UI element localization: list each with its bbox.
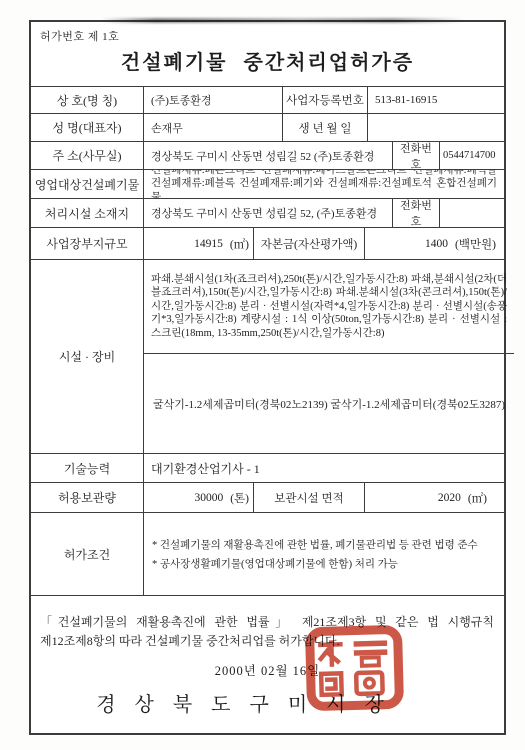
- conditions-label: 허가조건: [31, 513, 144, 595]
- waste-value-cell: 건설폐재류:폐콘크리트 건설폐재류:폐아스팔트콘크리트 건설폐재류:폐벽돌 건설…: [144, 170, 504, 198]
- storage-unit: (톤): [230, 490, 249, 506]
- issuing-authority: 경 상 북 도 구 미 시 장: [31, 688, 504, 717]
- storage-area-cell: 2020 (㎡): [365, 483, 504, 512]
- equipment-machines: 파쇄.분쇄시설(1차(죠크러셔),250t(톤)/시간,일가동시간:8) 파쇄,…: [144, 271, 514, 343]
- scanned-document-page: 허가번호 제 1호 건설폐기물 중간처리업허가증 상 호(명 칭) (주)토종환…: [0, 0, 525, 750]
- storage-area-value: 2020: [438, 492, 461, 504]
- company-label: 상 호(명 칭): [31, 87, 144, 113]
- storage-label: 허용보관량: [31, 483, 144, 512]
- facility-phone-label: 전화번호: [393, 199, 440, 227]
- conditions-lines: * 건설폐기물의 재활용촉진에 관한 법률, 폐기물관리법 등 관련 법령 준수…: [144, 537, 486, 571]
- row-equipment: 시설 · 장비 파쇄.분쇄시설(1차(죠크러셔),250t(톤)/시간,일가동시…: [31, 260, 504, 454]
- office-phone-label: 전화번호: [393, 142, 440, 169]
- condition-line-2: * 공사장생활폐기물(영업대상폐기물에 한함) 처리 가능: [152, 556, 478, 571]
- capital-value-cell: 1400 (백만원): [365, 228, 504, 259]
- storage-area-unit: (㎡): [468, 490, 487, 506]
- facility-site-value: 경상북도 구미시 산동면 성림길 52, (주)토종환경: [144, 199, 393, 227]
- storage-area-label: 보관시설 면적: [254, 483, 365, 512]
- storage-value-cell: 30000 (톤): [144, 483, 254, 512]
- document-title: 건설폐기물 중간처리업허가증: [31, 46, 504, 75]
- bizno-value: 513-81-16915: [368, 87, 504, 113]
- row-office-address: 주 소(사무실) 경상북도 구미시 산동면 성림길 52 (주)토종환경 전화번…: [31, 142, 504, 170]
- site-scale-unit: (㎡): [230, 236, 249, 252]
- office-label: 주 소(사무실): [31, 142, 144, 169]
- tech-value: 대기환경산업기사 - 1: [144, 454, 504, 482]
- waste-label: 영업대상건설폐기물: [31, 170, 144, 198]
- condition-line-1: * 건설폐기물의 재활용촉진에 관한 법률, 폐기물관리법 등 관련 법령 준수: [152, 537, 478, 552]
- ceo-label: 성 명(대표자): [31, 114, 144, 141]
- issue-date: 2000년 02월 16일: [31, 661, 504, 679]
- legal-statement: 「건설폐기물의 재활용촉진에 관한 법률」 제21조제3항 및 같은 법 시행규…: [40, 613, 494, 650]
- row-facility-address: 처리시설 소재지 경상북도 구미시 산동면 성림길 52, (주)토종환경 전화…: [31, 199, 504, 228]
- birth-label: 생 년 월 일: [283, 114, 368, 141]
- capital-value: 1400: [425, 238, 448, 250]
- capital-label: 자본금(자산평가액): [254, 228, 365, 259]
- row-ceo: 성 명(대표자) 손재무 생 년 월 일: [31, 114, 504, 142]
- company-value: (주)토종환경: [144, 87, 283, 113]
- site-scale-value-cell: 14915 (㎡): [144, 228, 254, 259]
- site-scale-value: 14915: [194, 238, 223, 250]
- ceo-value: 손재무: [144, 114, 283, 141]
- capital-unit: (백만원): [455, 236, 496, 252]
- storage-value: 30000: [194, 492, 223, 504]
- bizno-label: 사업자등록번호: [283, 87, 368, 113]
- tech-label: 기술능력: [31, 454, 144, 482]
- office-phone-value: 0544714700: [440, 142, 504, 169]
- site-scale-label: 사업장부지규모: [31, 228, 144, 259]
- document-header: 허가번호 제 1호 건설폐기물 중간처리업허가증: [31, 22, 504, 87]
- equipment-label: 시설 · 장비: [31, 260, 144, 453]
- row-tech: 기술능력 대기환경산업기사 - 1: [31, 454, 504, 483]
- equipment-machines-cell: 파쇄.분쇄시설(1차(죠크러셔),250t(톤)/시간,일가동시간:8) 파쇄,…: [144, 260, 514, 354]
- birth-value: [368, 114, 504, 141]
- row-storage: 허용보관량 30000 (톤) 보관시설 면적 2020 (㎡): [31, 483, 504, 513]
- row-target-waste: 영업대상건설폐기물 건설폐재류:폐콘크리트 건설폐재류:폐아스팔트콘크리트 건설…: [31, 170, 504, 199]
- office-value: 경상북도 구미시 산동면 성림길 52 (주)토종환경: [144, 142, 393, 169]
- equipment-vehicles-cell: 굴삭기-1.2세제곱미터(경북02노2139) 굴삭기-1.2세제곱미터(경북0…: [144, 354, 514, 453]
- facility-site-label: 처리시설 소재지: [31, 199, 144, 227]
- official-seal-icon: [304, 624, 405, 713]
- row-conditions: 허가조건 * 건설폐기물의 재활용촉진에 관한 법률, 폐기물관리법 등 관련 …: [31, 513, 504, 596]
- row-site-scale: 사업장부지규모 14915 (㎡) 자본금(자산평가액) 1400 (백만원): [31, 228, 504, 260]
- conditions-cell: * 건설폐기물의 재활용촉진에 관한 법률, 폐기물관리법 등 관련 법령 준수…: [144, 513, 504, 595]
- equipment-vehicles: 굴삭기-1.2세제곱미터(경북02노2139) 굴삭기-1.2세제곱미터(경북0…: [144, 396, 514, 412]
- permit-number: 허가번호 제 1호: [40, 28, 119, 44]
- equipment-cells: 파쇄.분쇄시설(1차(죠크러셔),250t(톤)/시간,일가동시간:8) 파쇄,…: [144, 260, 514, 453]
- facility-phone-value: [440, 199, 504, 227]
- footer-section: 「건설폐기물의 재활용촉진에 관한 법률」 제21조제3항 및 같은 법 시행규…: [31, 596, 504, 733]
- permit-document: 허가번호 제 1호 건설폐기물 중간처리업허가증 상 호(명 칭) (주)토종환…: [29, 20, 506, 735]
- row-company: 상 호(명 칭) (주)토종환경 사업자등록번호 513-81-16915: [31, 87, 504, 114]
- waste-value: 건설폐재류:폐콘크리트 건설폐재류:폐아스팔트콘크리트 건설폐재류:폐벽돌 건설…: [144, 170, 504, 198]
